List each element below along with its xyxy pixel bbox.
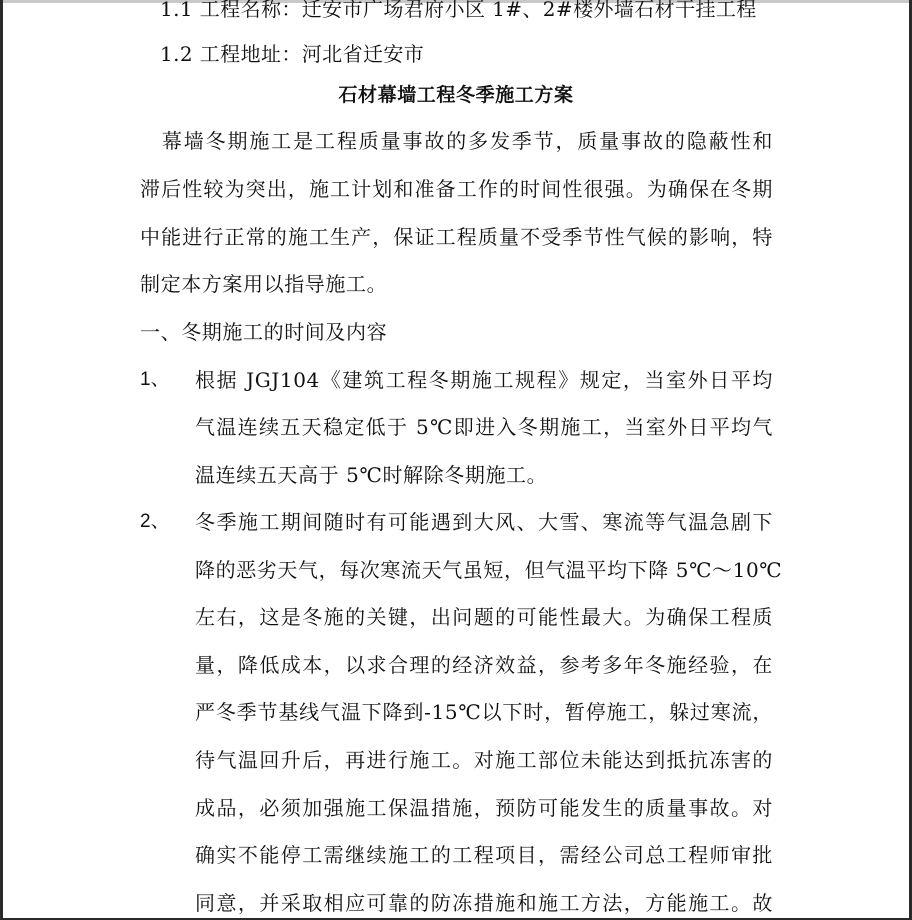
intro-paragraph-line: 幕墙冬期施工是工程质量事故的多发季节，质量事故的隐蔽性和 bbox=[140, 129, 773, 153]
list-item-line: 气温连续五天稳定低于 5℃即进入冬期施工，当室外日平均气 bbox=[195, 415, 773, 439]
list-item-line: 温连续五天高于 5℃时解除冬期施工。 bbox=[195, 463, 773, 487]
list-item-line: 成品，必须加强施工保温措施，预防可能发生的质量事故。对 bbox=[195, 796, 773, 820]
list-item-line: 左右，这是冬施的关键，出问题的可能性最大。为确保工程质 bbox=[195, 605, 773, 629]
intro-paragraph-line: 滞后性较为突出，施工计划和准备工作的时间性很强。为确保在冬期 bbox=[140, 177, 773, 201]
list-number: 2、 bbox=[140, 510, 170, 534]
list-item-line: 冬季施工期间随时有可能遇到大风、大雪、寒流等气温急剧下 bbox=[195, 510, 773, 534]
document-page: 1.1 工程名称：迁安市广场君府小区 1#、2#楼外墙石材干挂工程 1.2 工程… bbox=[0, 0, 912, 920]
list-item-line: 量，降低成本，以求合理的经济效益，参考多年冬施经验，在 bbox=[195, 653, 773, 677]
list-item-line: 严冬季节基线气温下降到-15℃以下时，暂停施工，躲过寒流， bbox=[195, 700, 773, 724]
list-item-line: 根据 JGJ104《建筑工程冬期施工规程》规定，当室外日平均 bbox=[195, 368, 773, 392]
list-number: 1、 bbox=[140, 368, 170, 392]
section-heading: 一、冬期施工的时间及内容 bbox=[140, 320, 773, 344]
list-item-line: 降的恶劣天气，每次寒流天气虽短，但气温平均下降 5℃～10℃ bbox=[195, 558, 773, 582]
list-item-line: 待气温回升后，再进行施工。对施工部位未能达到抵抗冻害的 bbox=[195, 748, 773, 772]
project-address-line: 1.2 工程地址：河北省迁安市 bbox=[160, 42, 424, 66]
list-item-line: 同意，并采取相应可靠的防冻措施和施工方法，方能施工。故 bbox=[195, 891, 773, 915]
intro-paragraph-line: 制定本方案用以指导施工。 bbox=[140, 272, 773, 296]
project-name-line: 1.1 工程名称：迁安市广场君府小区 1#、2#楼外墙石材干挂工程 bbox=[160, 0, 757, 21]
intro-paragraph-line: 中能进行正常的施工生产，保证工程质量不受季节性气候的影响，特 bbox=[140, 225, 773, 249]
document-title: 石材幕墙工程冬季施工方案 bbox=[0, 83, 912, 107]
list-item-line: 确实不能停工需继续施工的工程项目，需经公司总工程师审批 bbox=[195, 843, 773, 867]
